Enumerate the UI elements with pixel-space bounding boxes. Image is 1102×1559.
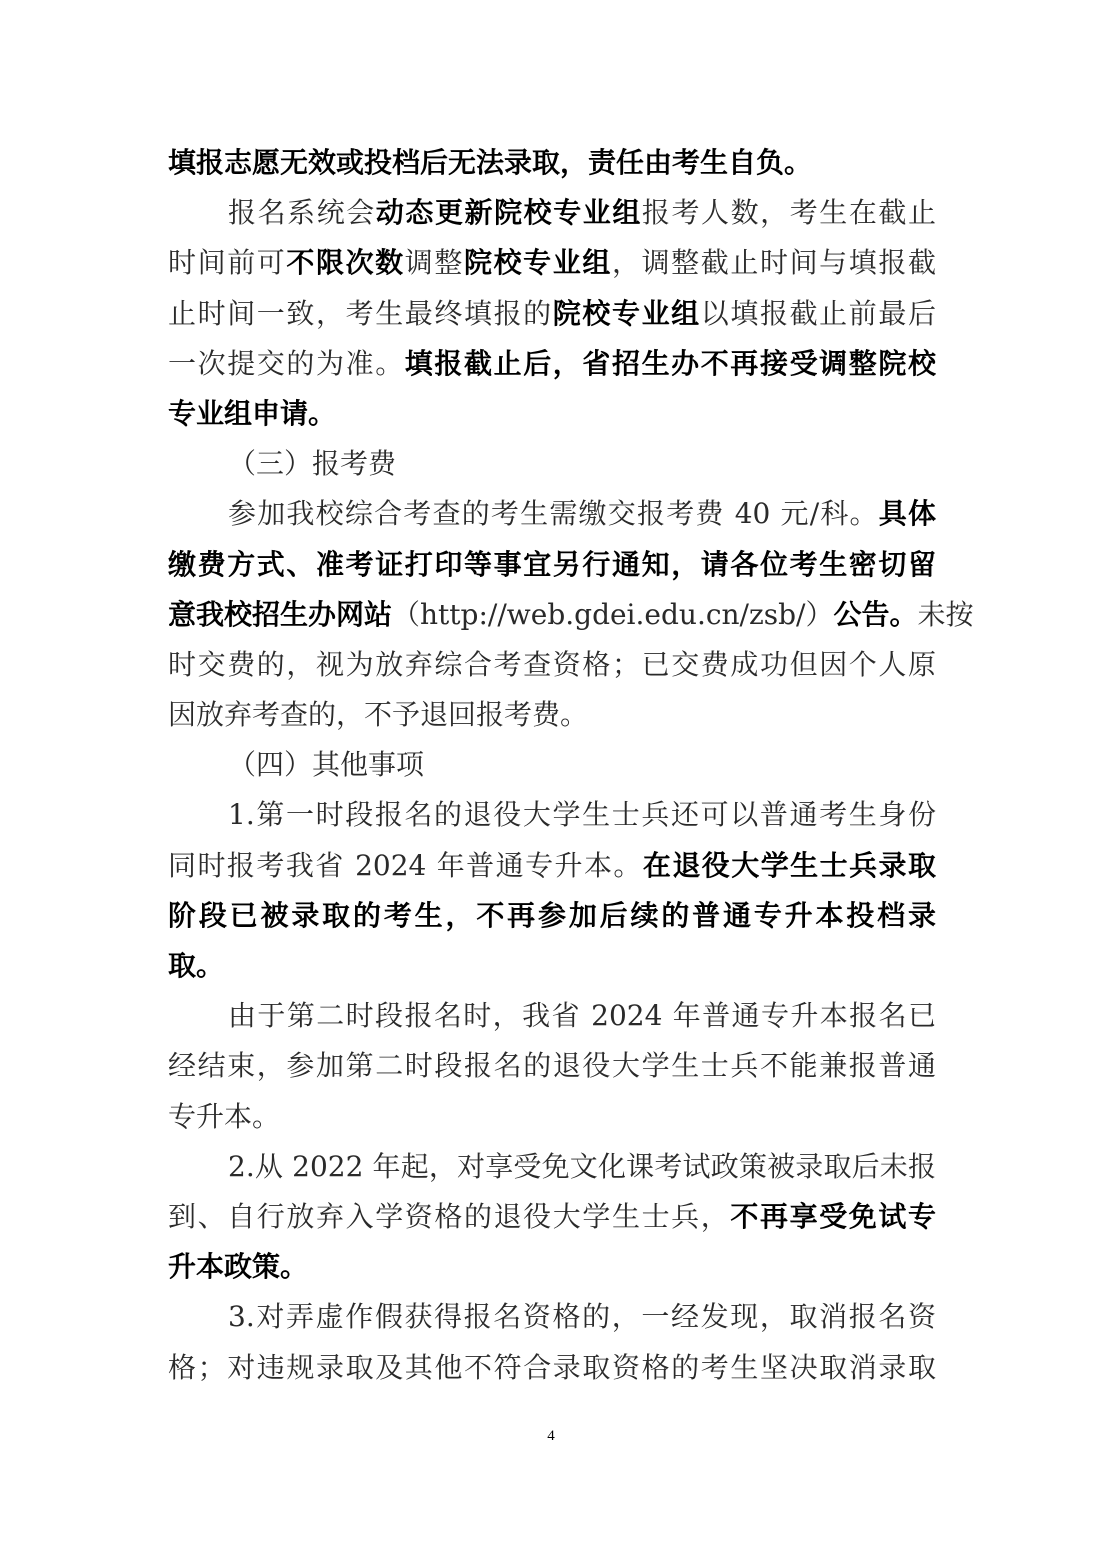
- body-text: ，调整截止时间与填报截: [612, 246, 936, 279]
- bold-text: 不再享受免试专: [730, 1200, 936, 1233]
- body-text: 时间前可: [168, 246, 286, 279]
- text-line: 到、自行放弃入学资格的退役大学生士兵，不再享受免试专: [168, 1192, 936, 1242]
- bold-text: 具体: [879, 497, 936, 530]
- text-line: 经结束，参加第二时段报名的退役大学生士兵不能兼报普通: [168, 1041, 936, 1091]
- bold-text: 阶段已被录取的考生，不再参加后续的普通专升本投档录: [168, 899, 936, 932]
- text-line: 专业组申请。: [168, 389, 936, 439]
- bold-text: 动态更新院校专业组: [376, 196, 642, 229]
- bold-text: 取。: [168, 949, 224, 982]
- body-text: 止时间一致，考生最终填报的: [168, 297, 553, 330]
- text-line: 时交费的，视为放弃综合考查资格；已交费成功但因个人原: [168, 640, 936, 690]
- text-line: 填报志愿无效或投档后无法录取，责任由考生自负。: [168, 138, 936, 188]
- body-text: （http://web.gdei.edu.cn/zsb/）: [392, 598, 833, 631]
- text-line: 缴费方式、准考证打印等事宜另行通知，请各位考生密切留: [168, 540, 936, 590]
- bold-text: 填报志愿无效或投档后无法录取，责任由考生自负。: [168, 146, 812, 179]
- body-text: 因放弃考查的，不予退回报考费。: [168, 698, 588, 731]
- bold-text: 意我校招生办网站: [168, 598, 392, 631]
- bold-text: 升本政策。: [168, 1250, 308, 1283]
- body-text: 由于第二时段报名时，我省 2024 年普通专升本报名已: [228, 999, 936, 1032]
- body-text: 专升本。: [168, 1100, 280, 1133]
- body-text: 报考人数，考生在截止: [642, 196, 936, 229]
- text-line: 报名系统会动态更新院校专业组报考人数，考生在截止: [168, 188, 936, 238]
- bold-text: 不限次数: [286, 246, 404, 279]
- bold-text: 专业组申请。: [168, 397, 336, 430]
- body-text: 调整: [405, 246, 464, 279]
- section-heading: （三）报考费: [168, 439, 936, 489]
- bold-text: 填报截止后，省招生办不再接受调整院校: [405, 347, 936, 380]
- body-text: 一次提交的为准。: [168, 347, 405, 380]
- text-line: 阶段已被录取的考生，不再参加后续的普通专升本投档录: [168, 891, 936, 941]
- text-line: 升本政策。: [168, 1242, 936, 1292]
- text-line: 格；对违规录取及其他不符合录取资格的考生坚决取消录取: [168, 1343, 936, 1393]
- bold-text: 院校专业组: [553, 297, 701, 330]
- text-line: 时间前可不限次数调整院校专业组，调整截止时间与填报截: [168, 238, 936, 288]
- body-text: 到、自行放弃入学资格的退役大学生士兵，: [168, 1200, 730, 1233]
- bold-text: 在退役大学生士兵录取: [643, 849, 936, 882]
- body-text: 时交费的，视为放弃综合考查资格；已交费成功但因个人原: [168, 648, 936, 681]
- text-line: 专升本。: [168, 1092, 936, 1142]
- body-text: 格；对违规录取及其他不符合录取资格的考生坚决取消录取: [168, 1351, 936, 1384]
- text-line: 意我校招生办网站（http://web.gdei.edu.cn/zsb/）公告。…: [168, 590, 936, 640]
- text-line: 一次提交的为准。填报截止后，省招生办不再接受调整院校: [168, 339, 936, 389]
- body-text: 参加我校综合考查的考生需缴交报考费 40 元/科。: [228, 497, 879, 530]
- text-line: 止时间一致，考生最终填报的院校专业组以填报截止前最后: [168, 289, 936, 339]
- text-line: 由于第二时段报名时，我省 2024 年普通专升本报名已: [168, 991, 936, 1041]
- text-line: 3.对弄虚作假获得报名资格的，一经发现，取消报名资: [168, 1292, 936, 1342]
- body-text: （三）报考费: [228, 447, 396, 480]
- bold-text: 缴费方式、准考证打印等事宜另行通知，请各位考生密切留: [168, 548, 936, 581]
- body-text: （四）其他事项: [228, 748, 424, 781]
- text-line: 因放弃考查的，不予退回报考费。: [168, 690, 936, 740]
- text-line: 取。: [168, 941, 936, 991]
- text-line: 同时报考我省 2024 年普通专升本。在退役大学生士兵录取: [168, 841, 936, 891]
- body-text: 2.从 2022 年起，对享受免文化课考试政策被录取后未报: [228, 1150, 936, 1183]
- body-text: 3.对弄虚作假获得报名资格的，一经发现，取消报名资: [228, 1300, 936, 1333]
- body-text: 报名系统会: [228, 196, 376, 229]
- body-text: 同时报考我省 2024 年普通专升本。: [168, 849, 643, 882]
- body-text: 未按: [917, 598, 973, 631]
- page-number: 4: [0, 1428, 1102, 1445]
- section-heading: （四）其他事项: [168, 740, 936, 790]
- bold-text: 公告。: [833, 598, 917, 631]
- body-text: 经结束，参加第二时段报名的退役大学生士兵不能兼报普通: [168, 1049, 936, 1082]
- text-line: 参加我校综合考查的考生需缴交报考费 40 元/科。具体: [168, 489, 936, 539]
- text-line: 2.从 2022 年起，对享受免文化课考试政策被录取后未报: [168, 1142, 936, 1192]
- body-text: 以填报截止前最后: [701, 297, 936, 330]
- text-line: 1.第一时段报名的退役大学生士兵还可以普通考生身份: [168, 790, 936, 840]
- body-text: 1.第一时段报名的退役大学生士兵还可以普通考生身份: [228, 798, 936, 831]
- bold-text: 院校专业组: [464, 246, 612, 279]
- document-body: 填报志愿无效或投档后无法录取，责任由考生自负。报名系统会动态更新院校专业组报考人…: [168, 138, 936, 1393]
